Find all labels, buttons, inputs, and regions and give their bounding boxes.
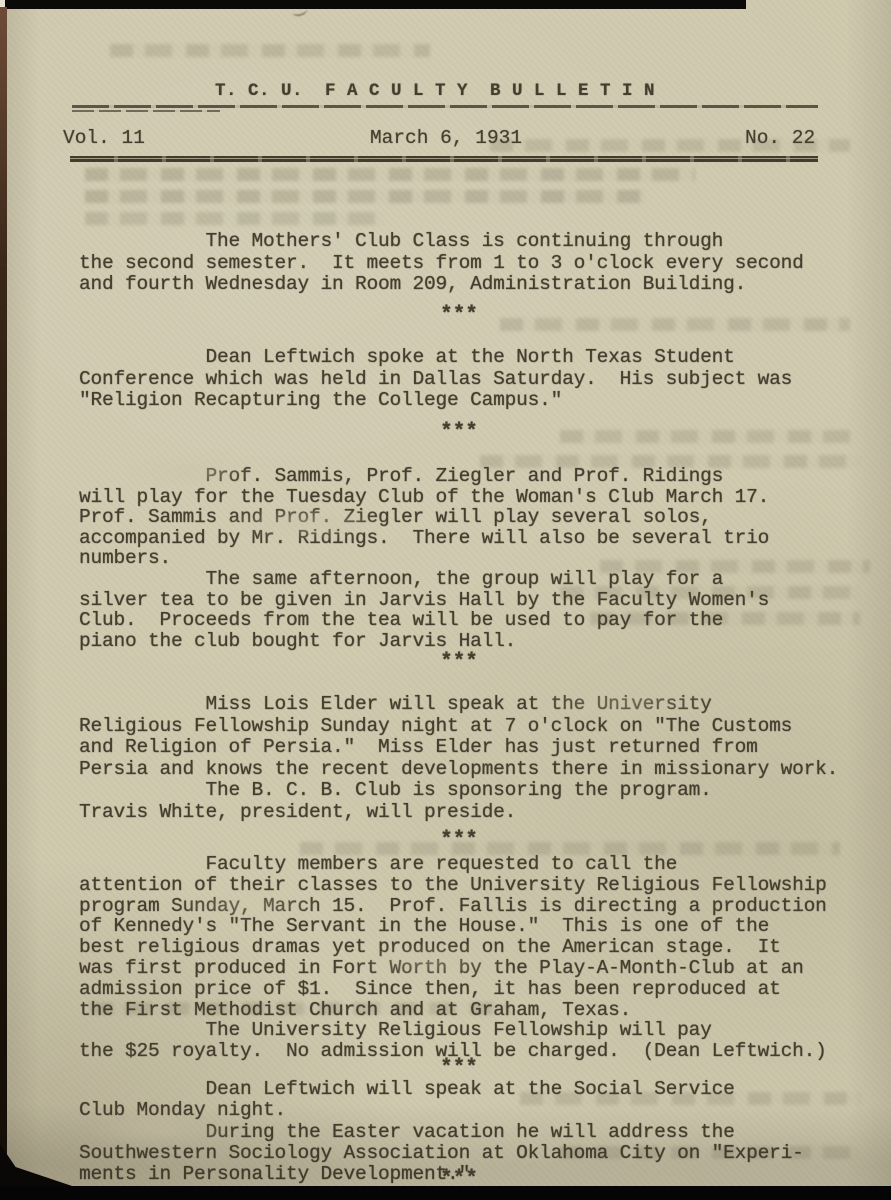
text-line: will play for the Tuesday Club of the Wo… bbox=[79, 487, 879, 508]
text-line: Religious Fellowship Sunday night at 7 o… bbox=[79, 716, 879, 738]
text-line: numbers. bbox=[79, 548, 879, 569]
text-line: Prof. Sammis, Prof. Ziegler and Prof. Ri… bbox=[79, 466, 879, 487]
bleed-through-text bbox=[85, 212, 385, 225]
text-line: Club. Proceeds from the tea will be used… bbox=[79, 610, 879, 631]
bulletin-page: T. C. U. F A C U L T Y B U L L E T I N V… bbox=[0, 0, 891, 1200]
section-separator: *** bbox=[79, 304, 839, 327]
text-line: and fourth Wednesday in Room 209, Admini… bbox=[79, 274, 879, 296]
scan-edge-left bbox=[0, 7, 7, 1200]
text-line: piano the club bought for Jarvis Hall. bbox=[79, 631, 879, 652]
text-line: The University Religious Fellowship will… bbox=[79, 1020, 879, 1041]
article-music-professors: Prof. Sammis, Prof. Ziegler and Prof. Ri… bbox=[79, 466, 879, 651]
text-line: Travis White, president, will preside. bbox=[79, 802, 879, 824]
text-line: admission price of $1. Since then, it ha… bbox=[79, 979, 879, 1000]
text-line: of Kennedy's "The Servant in the House."… bbox=[79, 916, 879, 937]
text-line: accompanied by Mr. Ridings. There will a… bbox=[79, 528, 879, 549]
text-line: and Religion of Persia." Miss Elder has … bbox=[79, 737, 879, 759]
text-line: Conference which was held in Dallas Satu… bbox=[79, 369, 879, 391]
text-line: Dean Leftwich will speak at the Social S… bbox=[79, 1079, 879, 1100]
bleed-through-text bbox=[85, 190, 645, 203]
text-line: Prof. Sammis and Prof. Ziegler will play… bbox=[79, 507, 879, 528]
section-separator: *** bbox=[79, 1168, 839, 1191]
text-line: The Mothers' Club Class is continuing th… bbox=[79, 231, 879, 253]
bleed-through-text bbox=[110, 44, 430, 57]
text-line: During the Easter vacation he will addre… bbox=[79, 1122, 879, 1143]
masthead-rule bbox=[70, 156, 818, 162]
scan-edge-top bbox=[0, 0, 746, 9]
text-line: The same afternoon, the group will play … bbox=[79, 569, 879, 590]
section-separator: *** bbox=[79, 651, 839, 674]
text-line: The B. C. B. Club is sponsoring the prog… bbox=[79, 780, 879, 802]
text-line: the First Methodist Church and at Graham… bbox=[79, 1000, 879, 1021]
article-mothers-club: The Mothers' Club Class is continuing th… bbox=[79, 231, 879, 296]
article-religious-fellowship: Faculty members are requested to call th… bbox=[79, 854, 879, 1062]
masthead-title: T. C. U. F A C U L T Y B U L L E T I N bbox=[0, 81, 870, 101]
text-line: Dean Leftwich spoke at the North Texas S… bbox=[79, 347, 879, 369]
text-line: best religious dramas yet produced on th… bbox=[79, 937, 879, 958]
text-line: Club Monday night. bbox=[79, 1100, 879, 1121]
bleed-through-text bbox=[85, 168, 695, 181]
text-line: Faculty members are requested to call th… bbox=[79, 854, 879, 875]
text-line: attention of their classes to the Univer… bbox=[79, 875, 879, 896]
text-line: was first produced in Fort Worth by the … bbox=[79, 958, 879, 979]
article-lois-elder: Miss Lois Elder will speak at the Univer… bbox=[79, 694, 879, 823]
volume-label: Vol. 11 bbox=[63, 127, 145, 149]
section-separator: *** bbox=[79, 421, 839, 444]
text-line: program Sunday, March 15. Prof. Fallis i… bbox=[79, 896, 879, 917]
text-line: Southwestern Sociology Association at Ok… bbox=[79, 1143, 879, 1164]
article-dean-leftwich-dallas: Dean Leftwich spoke at the North Texas S… bbox=[79, 347, 879, 412]
text-line: "Religion Recapturing the College Campus… bbox=[79, 390, 879, 412]
text-line: Persia and knows the recent developments… bbox=[79, 759, 879, 781]
masthead-underline-second bbox=[72, 110, 220, 112]
section-separator: *** bbox=[79, 829, 839, 852]
issue-number: No. 22 bbox=[745, 127, 815, 149]
section-separator: *** bbox=[79, 1057, 839, 1080]
issue-date: March 6, 1931 bbox=[355, 127, 537, 149]
text-line: Miss Lois Elder will speak at the Univer… bbox=[79, 694, 879, 716]
text-line: the second semester. It meets from 1 to … bbox=[79, 253, 879, 275]
scan-shadow-corner bbox=[0, 1138, 78, 1188]
text-line: silver tea to be given in Jarvis Hall by… bbox=[79, 590, 879, 611]
masthead-underline bbox=[72, 105, 818, 108]
